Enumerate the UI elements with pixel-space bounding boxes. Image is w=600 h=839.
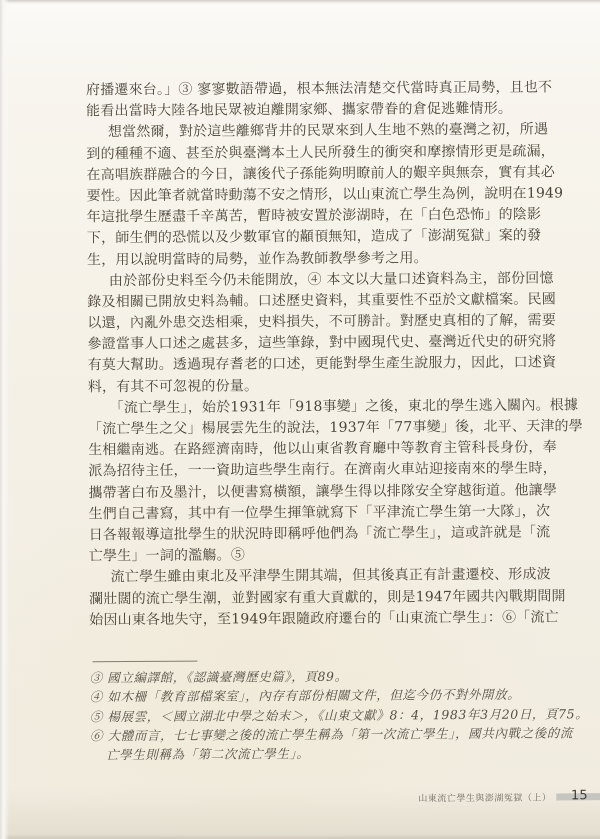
- body-line: 下，師生們的恐慌以及少數軍官的顢頇無知，造成了「澎湖冤獄」案的發: [87, 226, 539, 250]
- body-line: 「流亡學生」，始於1931年「918事變」之後，東北的學生逃入關內。根據: [88, 395, 540, 419]
- body-line: 由於部份史料至今仍未能開放，④ 本文以大量口述資料為主，部份回憶: [87, 268, 539, 292]
- body-line: 想當然爾，對於這些離鄉背井的民眾來到人生地不熟的臺灣之初，所遇: [86, 120, 538, 144]
- paragraph: 由於部份史料至今仍未能開放，④ 本文以大量口述資料為主，部份回憶 錄及相關已開放…: [87, 268, 540, 398]
- body-line: 「流亡學生之父」楊展雲先生的說法，1937年「77事變」後，北平、天津的學: [88, 417, 540, 441]
- body-line: 到的種種不適、甚至於與臺灣本土人民所發生的衝突和摩擦情形更是疏漏，: [86, 141, 538, 165]
- body-line: 始因山東各地失守，至1949年跟隨政府遷台的「山東流亡學生」：⑥「流亡: [89, 607, 541, 631]
- footnotes: ③ 國立編譯館，《認識臺灣歷史篇》，頁89。 ④ 如木柵「教育部檔案室」，內存有…: [90, 665, 555, 764]
- body-line: 有莫大幫助。透過現存耆老的口述，更能對學生產生說服力，因此，口述資: [88, 353, 540, 377]
- body-line: 府播遷來台。」③ 寥寥數語帶過，根本無法清楚交代當時真正局勢，且也不: [86, 78, 538, 102]
- body-line: 流亡學生雖由東北及平津學生開其端，但其後真正有計畫遷校、形成波: [89, 565, 541, 589]
- footnote-separator-rule: [92, 661, 197, 663]
- running-title: 山東流亡學生與澎湖冤獄（上）: [418, 790, 551, 804]
- page-content: 府播遷來台。」③ 寥寥數語帶過，根本無法清楚交代當時真正局勢，且也不 能看出當時…: [0, 0, 600, 839]
- page-number-block: 15: [556, 788, 600, 804]
- body-line: 派為招待主任，一一資助這些學生南行。在濟南火車站迎接南來的學生時，: [88, 459, 540, 483]
- body-line: 瀾壯闊的流亡學生潮，並對國家有重大貢獻的，則是1947年國共內戰期間開: [89, 586, 541, 610]
- body-line: 參證當事人口述之處甚多，這些筆錄，對中國現代史、臺灣近代史的研究將: [87, 332, 539, 356]
- paragraph: 流亡學生雖由東北及平津學生開其端，但其後真正有計畫遷校、形成波 瀾壯闊的流亡學生…: [89, 565, 541, 631]
- body-line: 要性。因此筆者就當時動蕩不安之情形，以山東流亡學生為例，說明在1949: [87, 183, 539, 207]
- paragraph: 府播遷來台。」③ 寥寥數語帶過，根本無法清楚交代當時真正局勢，且也不 能看出當時…: [86, 78, 538, 123]
- body-line: 年這批學生歷盡千辛萬苦，暫時被安置於澎湖時，在「白色恐怖」的陰影: [87, 205, 539, 229]
- footnote-line: ⑥ 大體而言，七七事變之後的流亡學生稱為「第一次流亡學生」，國共內戰之後的流: [90, 723, 554, 745]
- page-footer: 山東流亡學生與澎湖冤獄（上） 15: [418, 788, 600, 805]
- page-number: 15: [556, 788, 600, 804]
- body-line: 能看出當時大陸各地民眾被迫離開家鄉、攜家帶眷的倉促逃難情形。: [86, 99, 538, 123]
- footnote-line: ④ 如木柵「教育部檔案室」，內存有部份相關文件，但迄今仍不對外開放。: [90, 685, 554, 707]
- body-line: 錄及相關已開放史料為輔。口述歷史資料，其重要性不亞於文獻檔案。民國: [87, 289, 539, 313]
- body-line: 生們自己書寫，其中有一位學生揮筆就寫下「平津流亡學生第一大隊」，次: [89, 501, 541, 525]
- body-line: 生，用以說明當時的局勢，並作為教師教學參考之用。: [87, 247, 539, 271]
- paragraph: 想當然爾，對於這些離鄉背井的民眾來到人生地不熟的臺灣之初，所遇 到的種種不適、甚…: [86, 120, 539, 271]
- body-text: 府播遷來台。」③ 寥寥數語帶過，根本無法清楚交代當時真正局勢，且也不 能看出當時…: [86, 78, 541, 632]
- scanned-book-page: 府播遷來台。」③ 寥寥數語帶過，根本無法清楚交代當時真正局勢，且也不 能看出當時…: [0, 0, 600, 839]
- paragraph: 「流亡學生」，始於1931年「918事變」之後，東北的學生逃入關內。根據 「流亡…: [88, 395, 541, 567]
- body-line: 在高唱族群融合的今日，讓後代子孫能夠明瞭前人的艱辛與無奈，實有其必: [86, 162, 538, 186]
- body-line: 日各報報導這批學生的狀況時即稱呼他們為「流亡學生」，這或許就是「流: [89, 522, 541, 546]
- body-line: 以還，內亂外患交迭相乘，史料損失，不可勝計。對歷史真相的了解，需要: [87, 311, 539, 335]
- body-line: 料，有其不可忽視的份量。: [88, 374, 540, 398]
- footnote-line: 亡學生則稱為「第二次流亡學生」。: [90, 743, 554, 765]
- body-line: 攜帶著白布及墨汁，以便書寫橫額，讓學生得以排隊安全穿越街道。他讓學: [88, 480, 540, 504]
- body-line: 生相繼南逃。在路經濟南時，他以山東省教育廳中等教育主管科長身份，奉: [88, 438, 540, 462]
- body-line: 亡學生」一詞的濫觴。⑤: [89, 544, 541, 568]
